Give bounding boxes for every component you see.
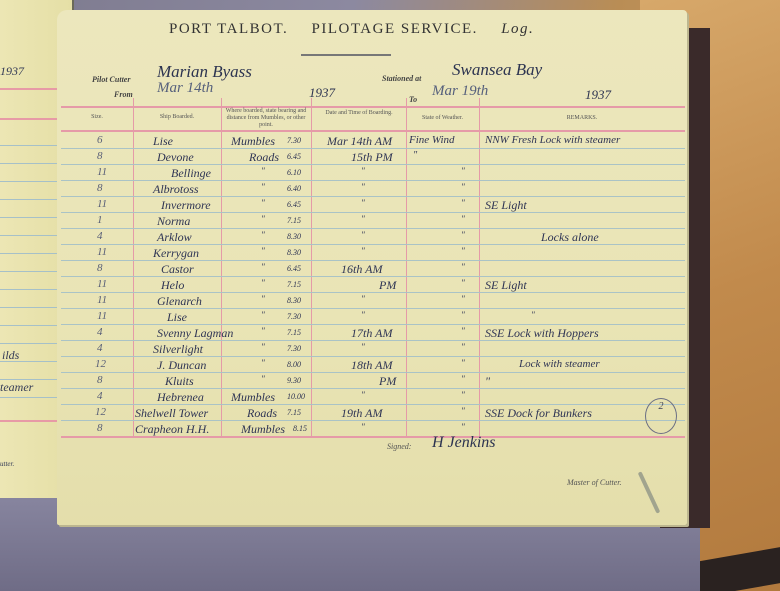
col-remarks: REMARKS.	[479, 115, 685, 122]
col-size: Size.	[61, 114, 133, 121]
left-page-year: 1937	[0, 64, 24, 79]
title-underline	[301, 54, 391, 56]
col-ship: Ship Boarded.	[133, 114, 221, 121]
title-port: PORT TALBOT.	[169, 21, 288, 37]
ink-smudge	[638, 471, 661, 513]
circled-note: 2	[645, 398, 677, 434]
master-label: Master of Cutter.	[567, 478, 621, 487]
signed-label: Signed:	[387, 442, 411, 451]
title-log: Log.	[501, 21, 534, 37]
signature: H Jenkins	[432, 434, 496, 452]
col-date: Date and Time of Boarding.	[323, 110, 395, 117]
left-page-fragment: teamer	[0, 380, 33, 395]
title-service: PILOTAGE SERVICE.	[312, 21, 478, 37]
page-title: PORT TALBOT. PILOTAGE SERVICE. Log.	[169, 21, 552, 38]
col-where: Where boarded, state bearing and distanc…	[223, 108, 309, 129]
stationed-value: Swansea Bay	[452, 60, 542, 80]
pilot-cutter-label: Pilot Cutter	[92, 75, 130, 84]
from-value: Mar 14th	[157, 80, 213, 97]
left-page-fragment: ilds	[2, 348, 19, 363]
stationed-label: Stationed at	[382, 74, 421, 83]
left-page-fragment: utter.	[0, 460, 14, 468]
pilot-cutter-value: Marian Byass	[157, 62, 252, 82]
log-table: Size. Ship Boarded. Where boarded, state…	[61, 98, 685, 446]
col-weather: State of Weather.	[406, 115, 479, 122]
log-page: PORT TALBOT. PILOTAGE SERVICE. Log. Pilo…	[57, 10, 687, 525]
